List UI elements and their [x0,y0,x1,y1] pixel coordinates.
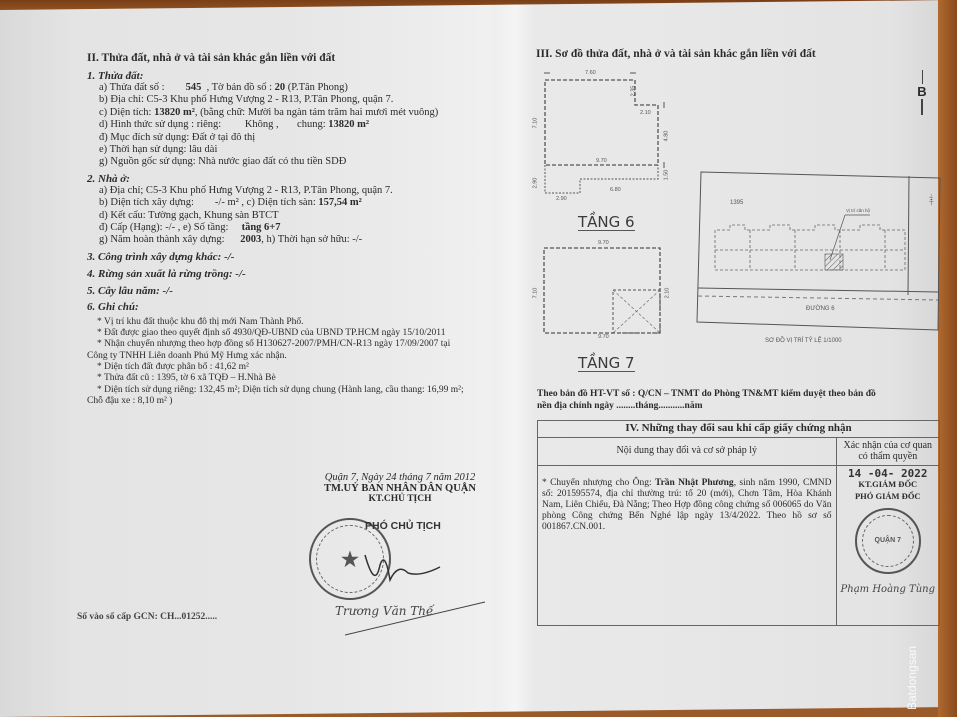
issue-date: Quận 7, Ngày 24 tháng 7 năm 2012 [300,472,500,483]
land-origin: g) Nguồn gốc sử dụng: Nhà nước giao đất … [87,156,464,168]
left-page: II. Thửa đất, nhà ở và tài sản khác gắn … [87,52,464,407]
map-note: Theo bản đồ HT-VT số : Q/CN – TNMT do Ph… [537,389,876,412]
note-item: Công ty TNHH Liên doanh Phú Mỹ Hưng xác … [87,351,464,362]
dimension-label: 2.10 [640,110,651,116]
other-items: 3. Công trình xây dựng khác: -/- 4. Rừng… [87,251,464,297]
dimension-label: 6.80 [610,187,621,193]
change-entry: * Chuyển nhượng cho Ông: Trần Nhật Phươn… [538,465,837,625]
parcel-number: 1395 [730,200,743,206]
confirmation-role: KT.GIÁM ĐỐC [841,479,935,491]
other-item: 4. Rừng sản xuất là rừng trồng: -/- [87,268,464,280]
watermark: Batdongsan [905,560,925,710]
house-heading: 2. Nhà ở: [87,173,464,185]
land-term: e) Thời hạn sử dụng: lâu dài [87,144,464,156]
changes-table-title: IV. Những thay đổi sau khi cấp giấy chứn… [538,421,940,438]
house-area: b) Diện tích xây dựng: -/- m² , c) Diện … [87,197,464,209]
house-completion-year: g) Năm hoàn thành xây dựng: 2003, h) Thờ… [87,234,464,246]
floor-6-plan [530,65,680,205]
unit-marker-label: Vị trí căn hộ [846,208,870,213]
issuer-role: KT.CHỦ TỊCH [300,494,500,504]
dimension-label: 9.70 [598,334,609,340]
note-item: * Thửa đất cũ : 1395, tờ 6 xã TQĐ – H.Nh… [87,373,464,384]
star-icon: ★ [341,547,359,572]
confirmation-title: PHÓ GIÁM ĐỐC [841,491,935,503]
signature-scribble [360,545,450,595]
land-section: 1. Thửa đất: a) Thửa đất số : 545 , Tờ b… [87,70,464,169]
dimension-label: 9.70 [596,158,607,164]
dimension-label: 9.70 [598,240,609,246]
issuer-signature-block: Quận 7, Ngày 24 tháng 7 năm 2012 TM.UỶ B… [300,472,500,504]
section-iii-title: III. Sơ đồ thửa đất, nhà ở và tài sản kh… [536,48,816,60]
land-parcel-number: a) Thửa đất số : 545 , Tờ bản đồ số : 20… [87,82,464,94]
notes-heading: 6. Ghi chú: [87,301,464,313]
column-header-content: Nội dung thay đổi và cơ sở pháp lý [538,437,837,465]
issuer-org: TM.UỶ BAN NHÂN DÂN QUẬN [300,483,500,494]
note-item: * Đất được giao theo quyết định số 4930/… [87,328,464,339]
floor-7-label: TẦNG 7 [578,355,635,372]
note-item: * Nhận chuyển nhượng theo hợp đồng số H1… [87,339,464,350]
signature-underline [340,600,490,640]
floor-6-label: TẦNG 6 [578,214,635,231]
note-item: * Diện tích đất được phân bổ : 41,62 m² [87,362,464,373]
dimension-label: 7.10 [532,118,538,129]
dimension-label: 2.90 [556,196,567,202]
confirmation-date: 14 -04- 2022 [841,468,935,480]
house-address: a) Địa chỉ; C5-3 Khu phố Hưng Vượng 2 - … [87,185,464,197]
road-label: ĐƯỜNG 6 [806,306,835,312]
land-address: b) Địa chỉ: C5-3 Khu phố Hưng Vượng 2 - … [87,94,464,106]
register-number: Số vào sổ cấp GCN: CH...01252..... [77,612,217,622]
changes-table: IV. Những thay đổi sau khi cấp giấy chứn… [537,420,940,626]
north-arrow-icon: ⊣•⊢ [927,193,934,206]
dimension-label: 7.10 [532,288,538,299]
note-item: * Diện tích sử dụng riêng: 132,45 m²; Di… [87,385,464,396]
issuer-title: PHÓ CHỦ TỊCH [365,520,441,532]
column-header-confirmation: Xác nhận của cơ quan có thẩm quyền [836,437,939,465]
house-structure: d) Kết cấu: Tường gạch, Khung sàn BTCT [87,210,464,222]
table-surface-edge [938,0,957,717]
site-map-caption: SƠ ĐỒ VỊ TRÍ TỶ LỆ 1/1000 [765,338,842,344]
dimension-label: 2.10 [664,288,670,299]
note-item: Chỗ đậu xe : 8,10 m² ) [87,396,464,407]
dimension-label: 7.60 [585,70,596,76]
dimension-label: 4.80 [663,131,669,142]
house-grade-floors: đ) Cấp (Hạng): -/- , e) Số tầng: tầng 6+… [87,222,464,234]
floor-7-plan [530,235,680,345]
section-ii-title: II. Thửa đất, nhà ở và tài sản khác gắn … [87,52,464,64]
note-item: * Vị trí khu đất thuộc khu đô thị mới Na… [87,317,464,328]
dimension-label: 2.35 [630,86,636,97]
dimension-label: 1.50 [663,170,669,181]
page-fold [495,4,535,711]
dimension-label: 2.90 [532,178,538,189]
land-usage-form: d) Hình thức sử dụng : riêng: Không , ch… [87,119,464,131]
house-section: 2. Nhà ở: a) Địa chỉ; C5-3 Khu phố Hưng … [87,173,464,247]
other-item: 3. Công trình xây dựng khác: -/- [87,251,464,263]
other-item: 5. Cây lâu năm: -/- [87,285,464,297]
land-heading: 1. Thửa đất: [87,70,464,82]
land-area: c) Diện tích: 13820 m², (bằng chữ: Mười … [87,107,464,119]
side-marker: B [917,70,927,115]
notes-section: 6. Ghi chú: * Vị trí khu đất thuộc khu đ… [87,301,464,407]
land-purpose: đ) Mục đích sử dụng: Đất ở tại đô thị [87,132,464,144]
